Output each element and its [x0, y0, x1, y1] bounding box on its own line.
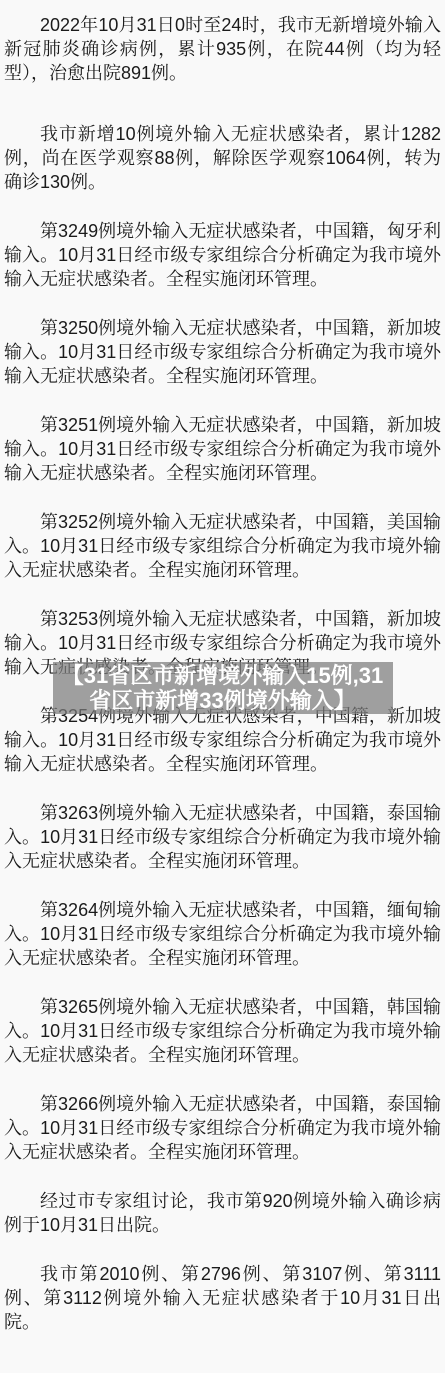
article-paragraph: 第3254例境外输入无症状感染者，中国籍，新加坡输入。10月31日经市级专家组综…	[4, 704, 441, 776]
article-paragraph: 第3265例境外输入无症状感染者，中国籍，韩国输入。10月31日经市级专家组综合…	[4, 995, 441, 1067]
article-paragraph: 第3250例境外输入无症状感染者，中国籍，新加坡输入。10月31日经市级专家组综…	[4, 316, 441, 388]
article-paragraph: 我市新增10例境外输入无症状感染者，累计1282例，尚在医学观察88例，解除医学…	[4, 122, 441, 194]
article-paragraph: 2022年10月31日0时至24时，我市无新增境外输入新冠肺炎确诊病例，累计93…	[4, 13, 441, 85]
article-paragraph: 第3252例境外输入无症状感染者，中国籍，美国输入。10月31日经市级专家组综合…	[4, 510, 441, 582]
article-paragraph: 第3264例境外输入无症状感染者，中国籍，缅甸输入。10月31日经市级专家组综合…	[4, 898, 441, 970]
article-paragraph: 我市第2010例、第2796例、第3107例、第3111例、第3112例境外输入…	[4, 1262, 441, 1334]
article-paragraph: 第3251例境外输入无症状感染者，中国籍，新加坡输入。10月31日经市级专家组综…	[4, 413, 441, 485]
article-paragraph: 第3249例境外输入无症状感染者，中国籍，匈牙利输入。10月31日经市级专家组综…	[4, 219, 441, 291]
overlay-title-line-2: 省区市新增33例境外输入】	[89, 688, 355, 713]
article-paragraph: 第3263例境外输入无症状感染者，中国籍，泰国输入。10月31日经市级专家组综合…	[4, 801, 441, 873]
overlay-title-banner: 【31省区市新增境外输入15例,31 省区市新增33例境外输入】	[53, 662, 393, 714]
article-page: 2022年10月31日0时至24时，我市无新增境外输入新冠肺炎确诊病例，累计93…	[0, 0, 445, 1373]
article-paragraph: 经过市专家组讨论，我市第920例境外输入确诊病例于10月31日出院。	[4, 1189, 441, 1237]
article-paragraph: 第3266例境外输入无症状感染者，中国籍，泰国输入。10月31日经市级专家组综合…	[4, 1092, 441, 1164]
overlay-title-line-1: 【31省区市新增境外输入15例,31	[62, 663, 384, 688]
